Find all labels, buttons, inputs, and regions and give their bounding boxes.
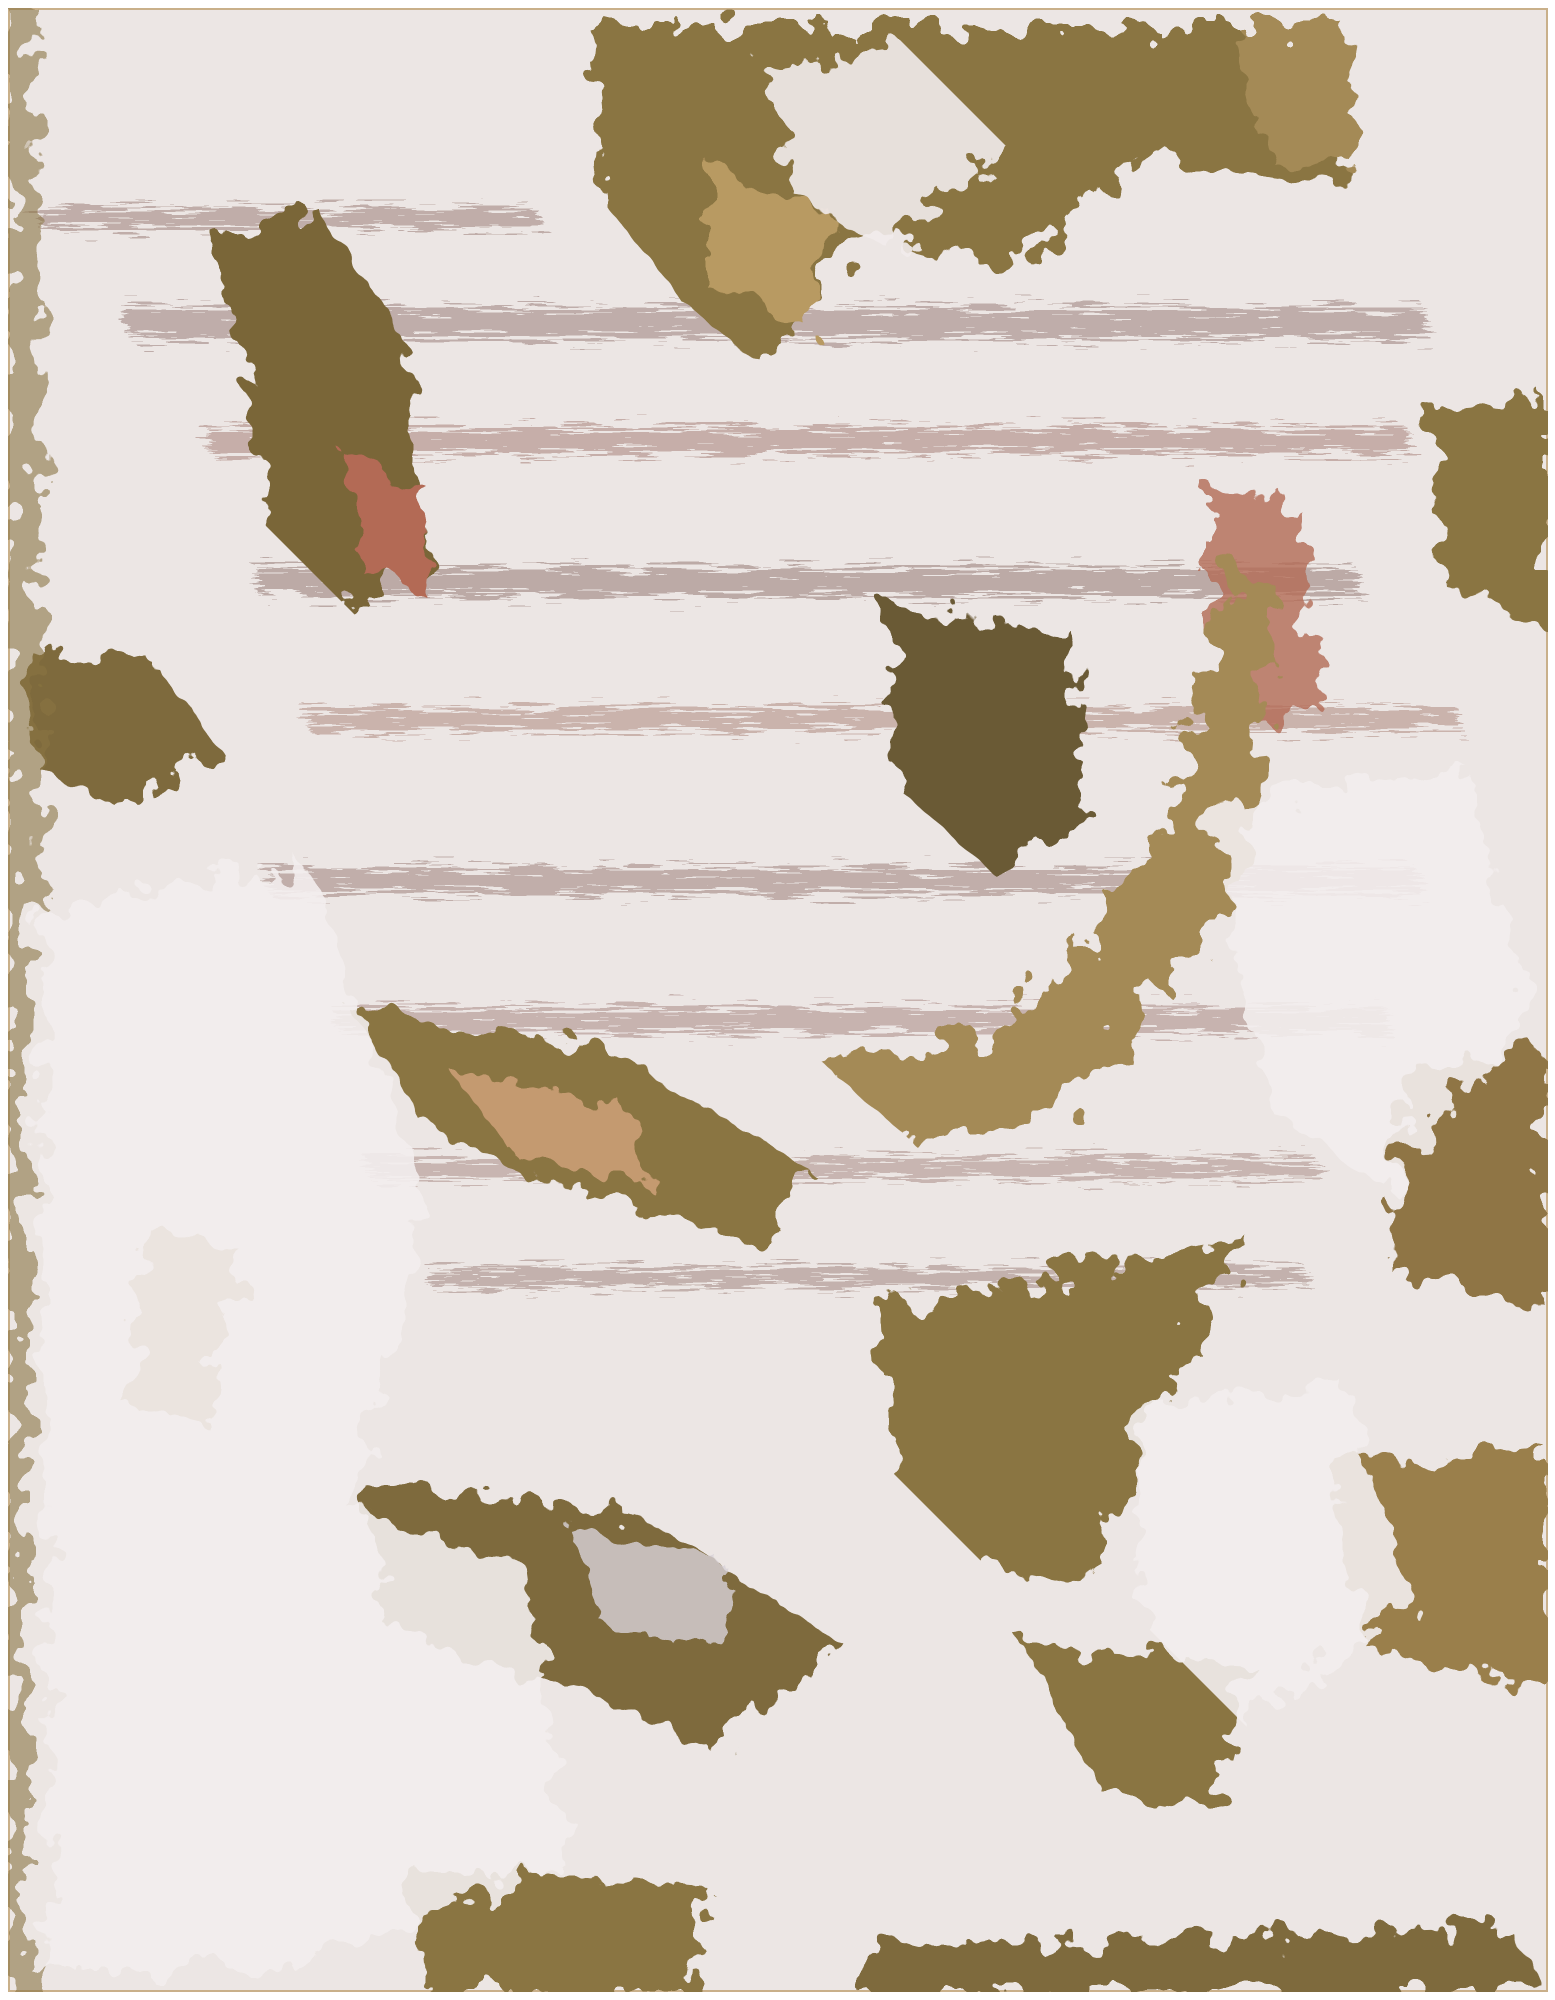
rug-pattern xyxy=(8,8,1548,1992)
rug-photo: Distressed vintage overdyed rug, top-dow… xyxy=(8,8,1548,1992)
